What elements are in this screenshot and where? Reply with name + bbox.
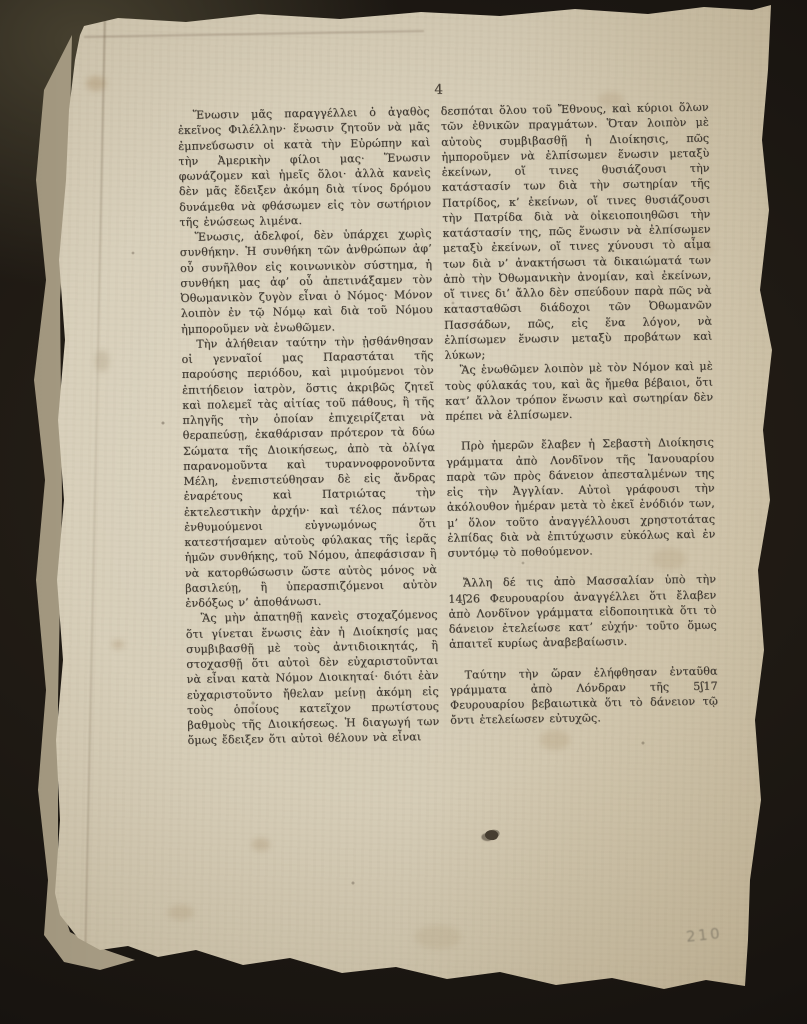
photo-background: 4 Ἕνωσιν μᾶς παραγγέλλει ὁ ἀγαθὸς ἐκεῖνο… <box>0 0 807 1024</box>
paragraph: Ταύτην τὴν ὥραν ἐλήφθησαν ἐνταῦθα γράμμα… <box>449 663 718 728</box>
paragraph: Ἕνωσις, ἀδελφοί, δὲν ὑπάρχει χωρὶς συνθή… <box>180 226 434 337</box>
document-page: 4 Ἕνωσιν μᾶς παραγγέλλει ὁ ἀγαθὸς ἐκεῖνο… <box>0 0 807 1024</box>
left-column: Ἕνωσιν μᾶς παραγγέλλει ὁ ἀγαθὸς ἐκεῖνος … <box>178 104 440 748</box>
paragraph: Ἂς μὴν ἀπατηθῇ κανεὶς στοχαζόμενος ὅτι γ… <box>186 607 440 748</box>
printed-content: 4 Ἕνωσιν μᾶς παραγγέλλει ὁ ἀγαθὸς ἐκεῖνο… <box>0 0 807 1024</box>
pencil-inscription: 210 <box>685 924 723 946</box>
paragraph: Ἂς ἑνωθῶμεν λοιπὸν μὲ τὸν Νόμον καὶ μὲ τ… <box>445 359 714 424</box>
paragraph: Ἕνωσιν μᾶς παραγγέλλει ὁ ἀγαθὸς ἐκεῖνος … <box>178 104 432 230</box>
paragraph: δεσπόται ὅλου τοῦ Ἔθνους, καὶ κύριοι ὅλω… <box>441 100 713 363</box>
dust-specks <box>0 0 2 2</box>
ink-blot <box>484 829 499 842</box>
paragraph: Πρὸ ἡμερῶν ἔλαβεν ἡ Σεβαστὴ Διοίκησις γρ… <box>446 435 716 561</box>
right-column: δεσπόται ὅλου τοῦ Ἔθνους, καὶ κύριοι ὅλω… <box>441 100 719 729</box>
paragraph: Τὴν ἀλήθειαν ταύτην τὴν ᾐσθάνθησαν οἱ γε… <box>181 333 437 611</box>
paragraph: Ἄλλη δέ τις ἀπὸ Μασσαλίαν ὑπὸ τὴν 14ʃ26 … <box>448 572 717 652</box>
page-number: 4 <box>434 82 443 98</box>
